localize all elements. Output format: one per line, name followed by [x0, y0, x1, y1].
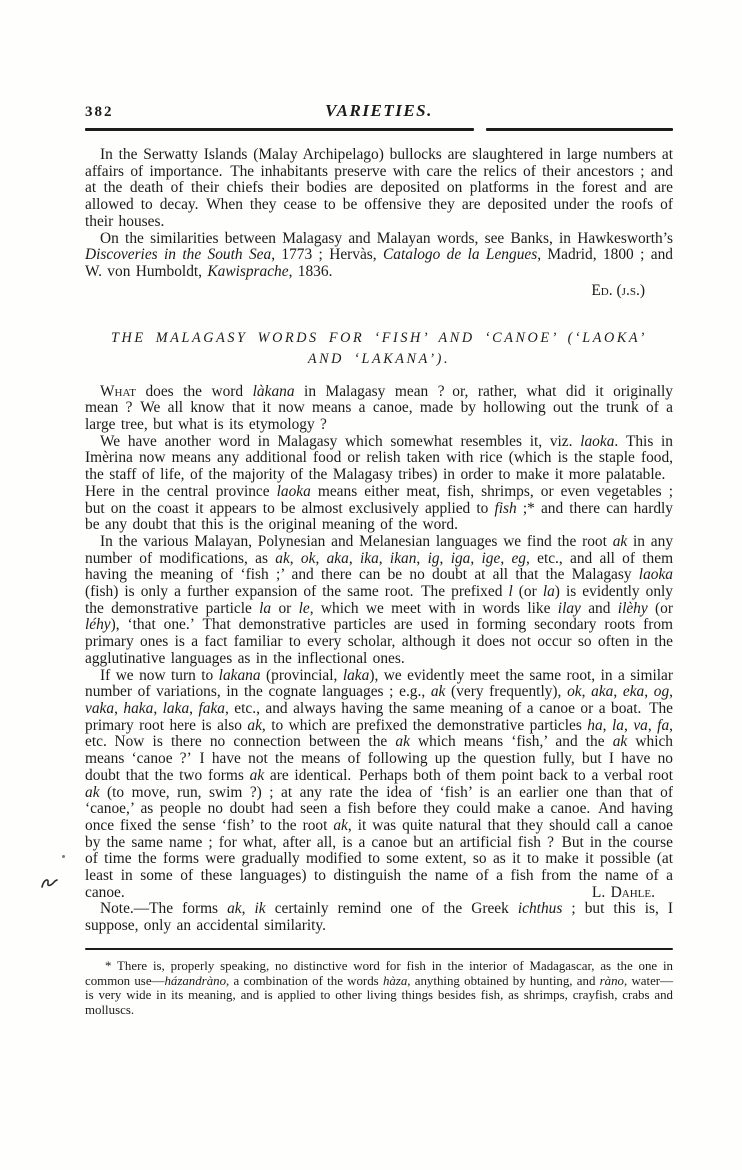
article-body: What does the word làkana in Malagasy me… — [85, 384, 673, 935]
header-rule-left-segment — [85, 128, 474, 131]
header-rule-right-segment — [486, 128, 673, 131]
article-paragraph-3: In the various Malayan, Polynesian and M… — [85, 534, 673, 668]
article-title-line-1: THE MALAGASY WORDS FOR ‘FISH’ AND ‘CANOE… — [85, 328, 673, 350]
author-signature: L. Dahle. — [569, 885, 655, 902]
varieties-paragraph-1: In the Serwatty Islands (Malay Archipela… — [85, 147, 673, 231]
article-note-paragraph: Note.—The forms ak, ik certainly remind … — [85, 901, 673, 934]
varieties-paragraph-2: On the similarities between Malagasy and… — [85, 231, 673, 281]
margin-speck — [62, 855, 65, 858]
article-paragraph-1: What does the word làkana in Malagasy me… — [85, 384, 673, 434]
article-title: THE MALAGASY WORDS FOR ‘FISH’ AND ‘CANOE… — [85, 328, 673, 371]
scanned-journal-page: 382 VARIETIES. In the Serwatty Islands (… — [0, 0, 742, 1170]
page-number: 382 — [85, 104, 155, 121]
article-paragraph-2: We have another word in Malagasy which s… — [85, 434, 673, 534]
editor-signature: Ed. (j.s.) — [85, 282, 673, 299]
article-paragraph-4-text: If we now turn to lakana (provincial, la… — [85, 667, 673, 901]
header-rule — [85, 128, 673, 131]
header-rule-gap — [474, 128, 486, 131]
article-title-line-2: AND ‘LAKANA’). — [85, 349, 673, 371]
page-header: 382 VARIETIES. — [85, 101, 673, 121]
running-title: VARIETIES. — [155, 101, 673, 121]
footnote-rule — [85, 948, 673, 950]
footnote-text: * There is, properly speaking, no distin… — [85, 959, 673, 1018]
handwritten-margin-mark — [40, 876, 60, 892]
text-block: 382 VARIETIES. In the Serwatty Islands (… — [85, 101, 673, 1018]
article-paragraph-4: If we now turn to lakana (provincial, la… — [85, 668, 673, 902]
varieties-section: In the Serwatty Islands (Malay Archipela… — [85, 147, 673, 299]
